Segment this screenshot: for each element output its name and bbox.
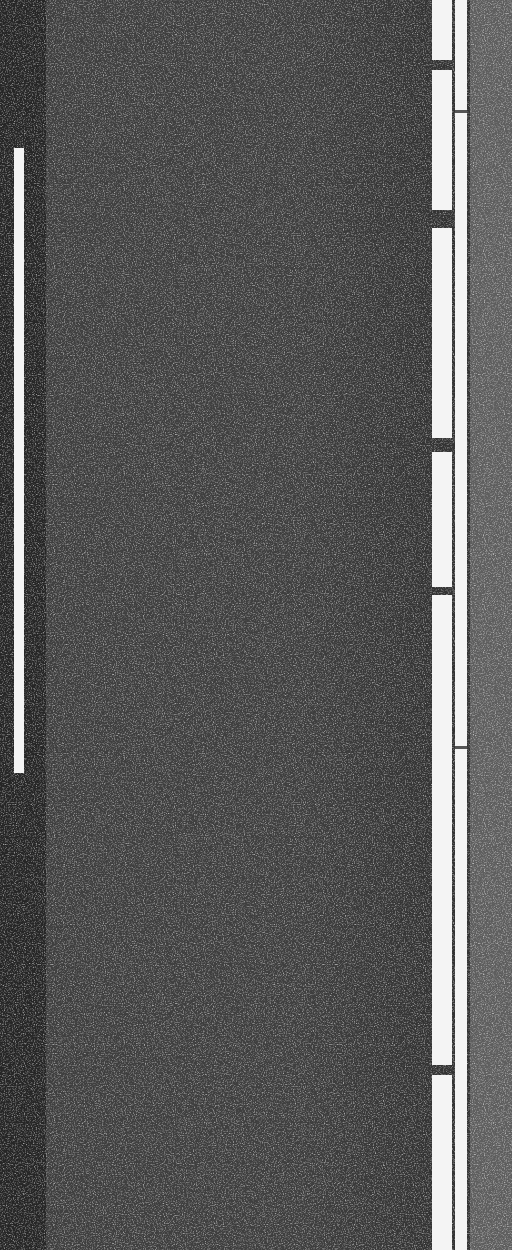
left-lane-line — [14, 148, 24, 773]
road-surface — [0, 0, 512, 1250]
worn-line-segment — [432, 70, 452, 210]
worn-line-segment — [432, 1075, 452, 1250]
edge-line-seam — [455, 110, 467, 113]
edge-line-seam — [455, 746, 467, 749]
worn-line-segment — [432, 228, 452, 438]
worn-line-segment — [432, 452, 452, 587]
right-edge-line — [455, 0, 467, 1250]
worn-line-segment — [432, 595, 452, 1065]
worn-line-segment — [432, 0, 452, 60]
